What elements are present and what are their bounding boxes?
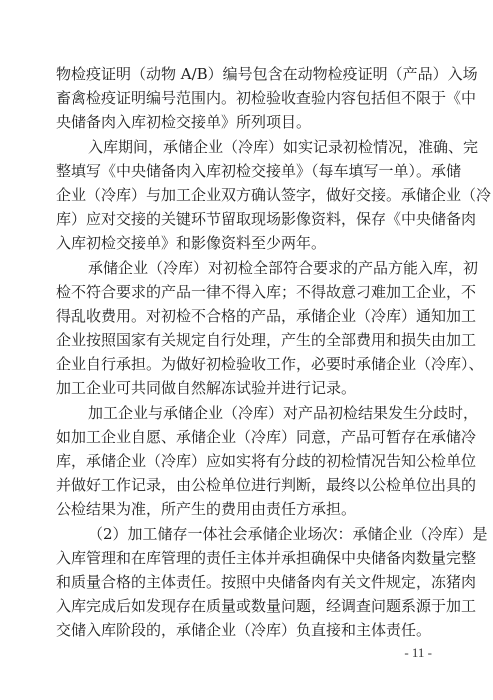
text-line: 并做好工作记录，由公检单位进行判断，最终以公检单位出具的 [56,473,430,497]
page-number: - 11 - [392,645,432,661]
document-page: 物检疫证明（动物 A/B）编号包含在动物检疫证明（产品）入场 畜禽检疫证明编号范… [0,0,493,700]
text-line: 企业自行承担。为做好初检验收工作，必要时承储企业（冷库）、 [56,352,430,376]
text-line: 加工企业与承储企业（冷库）对产品初检结果发生分歧时， [56,401,430,425]
text-line: 入库管理和在库管理的责任主体并承担确保中央储备肉数量完整 [56,546,430,570]
text-line: 央储备肉入库初检交接单》所列项目。 [56,110,430,134]
text-line: 入库完成后如发现存在质量或数量问题，经调查问题系源于加工 [56,594,430,618]
text-line: 库，承储企业（冷库）应如实将有分歧的初检情况告知公检单位 [56,449,430,473]
body-text: 物检疫证明（动物 A/B）编号包含在动物检疫证明（产品）入场 畜禽检疫证明编号范… [56,62,430,643]
text-line: 企业按照国家有关规定自行处理，产生的全部费用和损失由加工 [56,328,430,352]
paragraph-5: （2）加工储存一体社会承储企业场次：承储企业（冷库）是 入库管理和在库管理的责任… [56,522,430,643]
text-line: 整填写《中央储备肉入库初检交接单》（每车填写一单）。承储 [56,159,430,183]
text-line: （2）加工储存一体社会承储企业场次：承储企业（冷库）是 [56,522,430,546]
text-line: 如加工企业自愿、承储企业（冷库）同意，产品可暂存在承储冷 [56,425,430,449]
text-line: 入库期间，承储企业（冷库）如实记录初检情况，准确、完 [56,135,430,159]
paragraph-1: 物检疫证明（动物 A/B）编号包含在动物检疫证明（产品）入场 畜禽检疫证明编号范… [56,62,430,135]
text-line: 承储企业（冷库）对初检全部符合要求的产品方能入库，初 [56,256,430,280]
text-line: 加工企业可共同做自然解冻试验并进行记录。 [56,376,430,400]
paragraph-3: 承储企业（冷库）对初检全部符合要求的产品方能入库，初 检不符合要求的产品一律不得… [56,256,430,401]
text-line: 物检疫证明（动物 A/B）编号包含在动物检疫证明（产品）入场 [56,62,430,86]
paragraph-4: 加工企业与承储企业（冷库）对产品初检结果发生分歧时， 如加工企业自愿、承储企业（… [56,401,430,522]
text-line: 入库初检交接单》和影像资料至少两年。 [56,231,430,255]
text-line: 公检结果为准，所产生的费用由责任方承担。 [56,497,430,521]
text-line: 库）应对交接的关键环节留取现场影像资料，保存《中央储备肉 [56,207,430,231]
text-line: 畜禽检疫证明编号范围内。初检验收查验内容包括但不限于《中 [56,86,430,110]
text-line: 企业（冷库）与加工企业双方确认签字，做好交接。承储企业（冷 [56,183,430,207]
text-line: 检不符合要求的产品一律不得入库；不得故意刁难加工企业，不 [56,280,430,304]
text-line: 得乱收费用。对初检不合格的产品，承储企业（冷库）通知加工 [56,304,430,328]
text-line: 交储入库阶段的，承储企业（冷库）负直接和主体责任。 [56,618,430,642]
text-line: 和质量合格的主体责任。按照中央储备肉有关文件规定，冻猪肉 [56,570,430,594]
paragraph-2: 入库期间，承储企业（冷库）如实记录初检情况，准确、完 整填写《中央储备肉入库初检… [56,135,430,256]
